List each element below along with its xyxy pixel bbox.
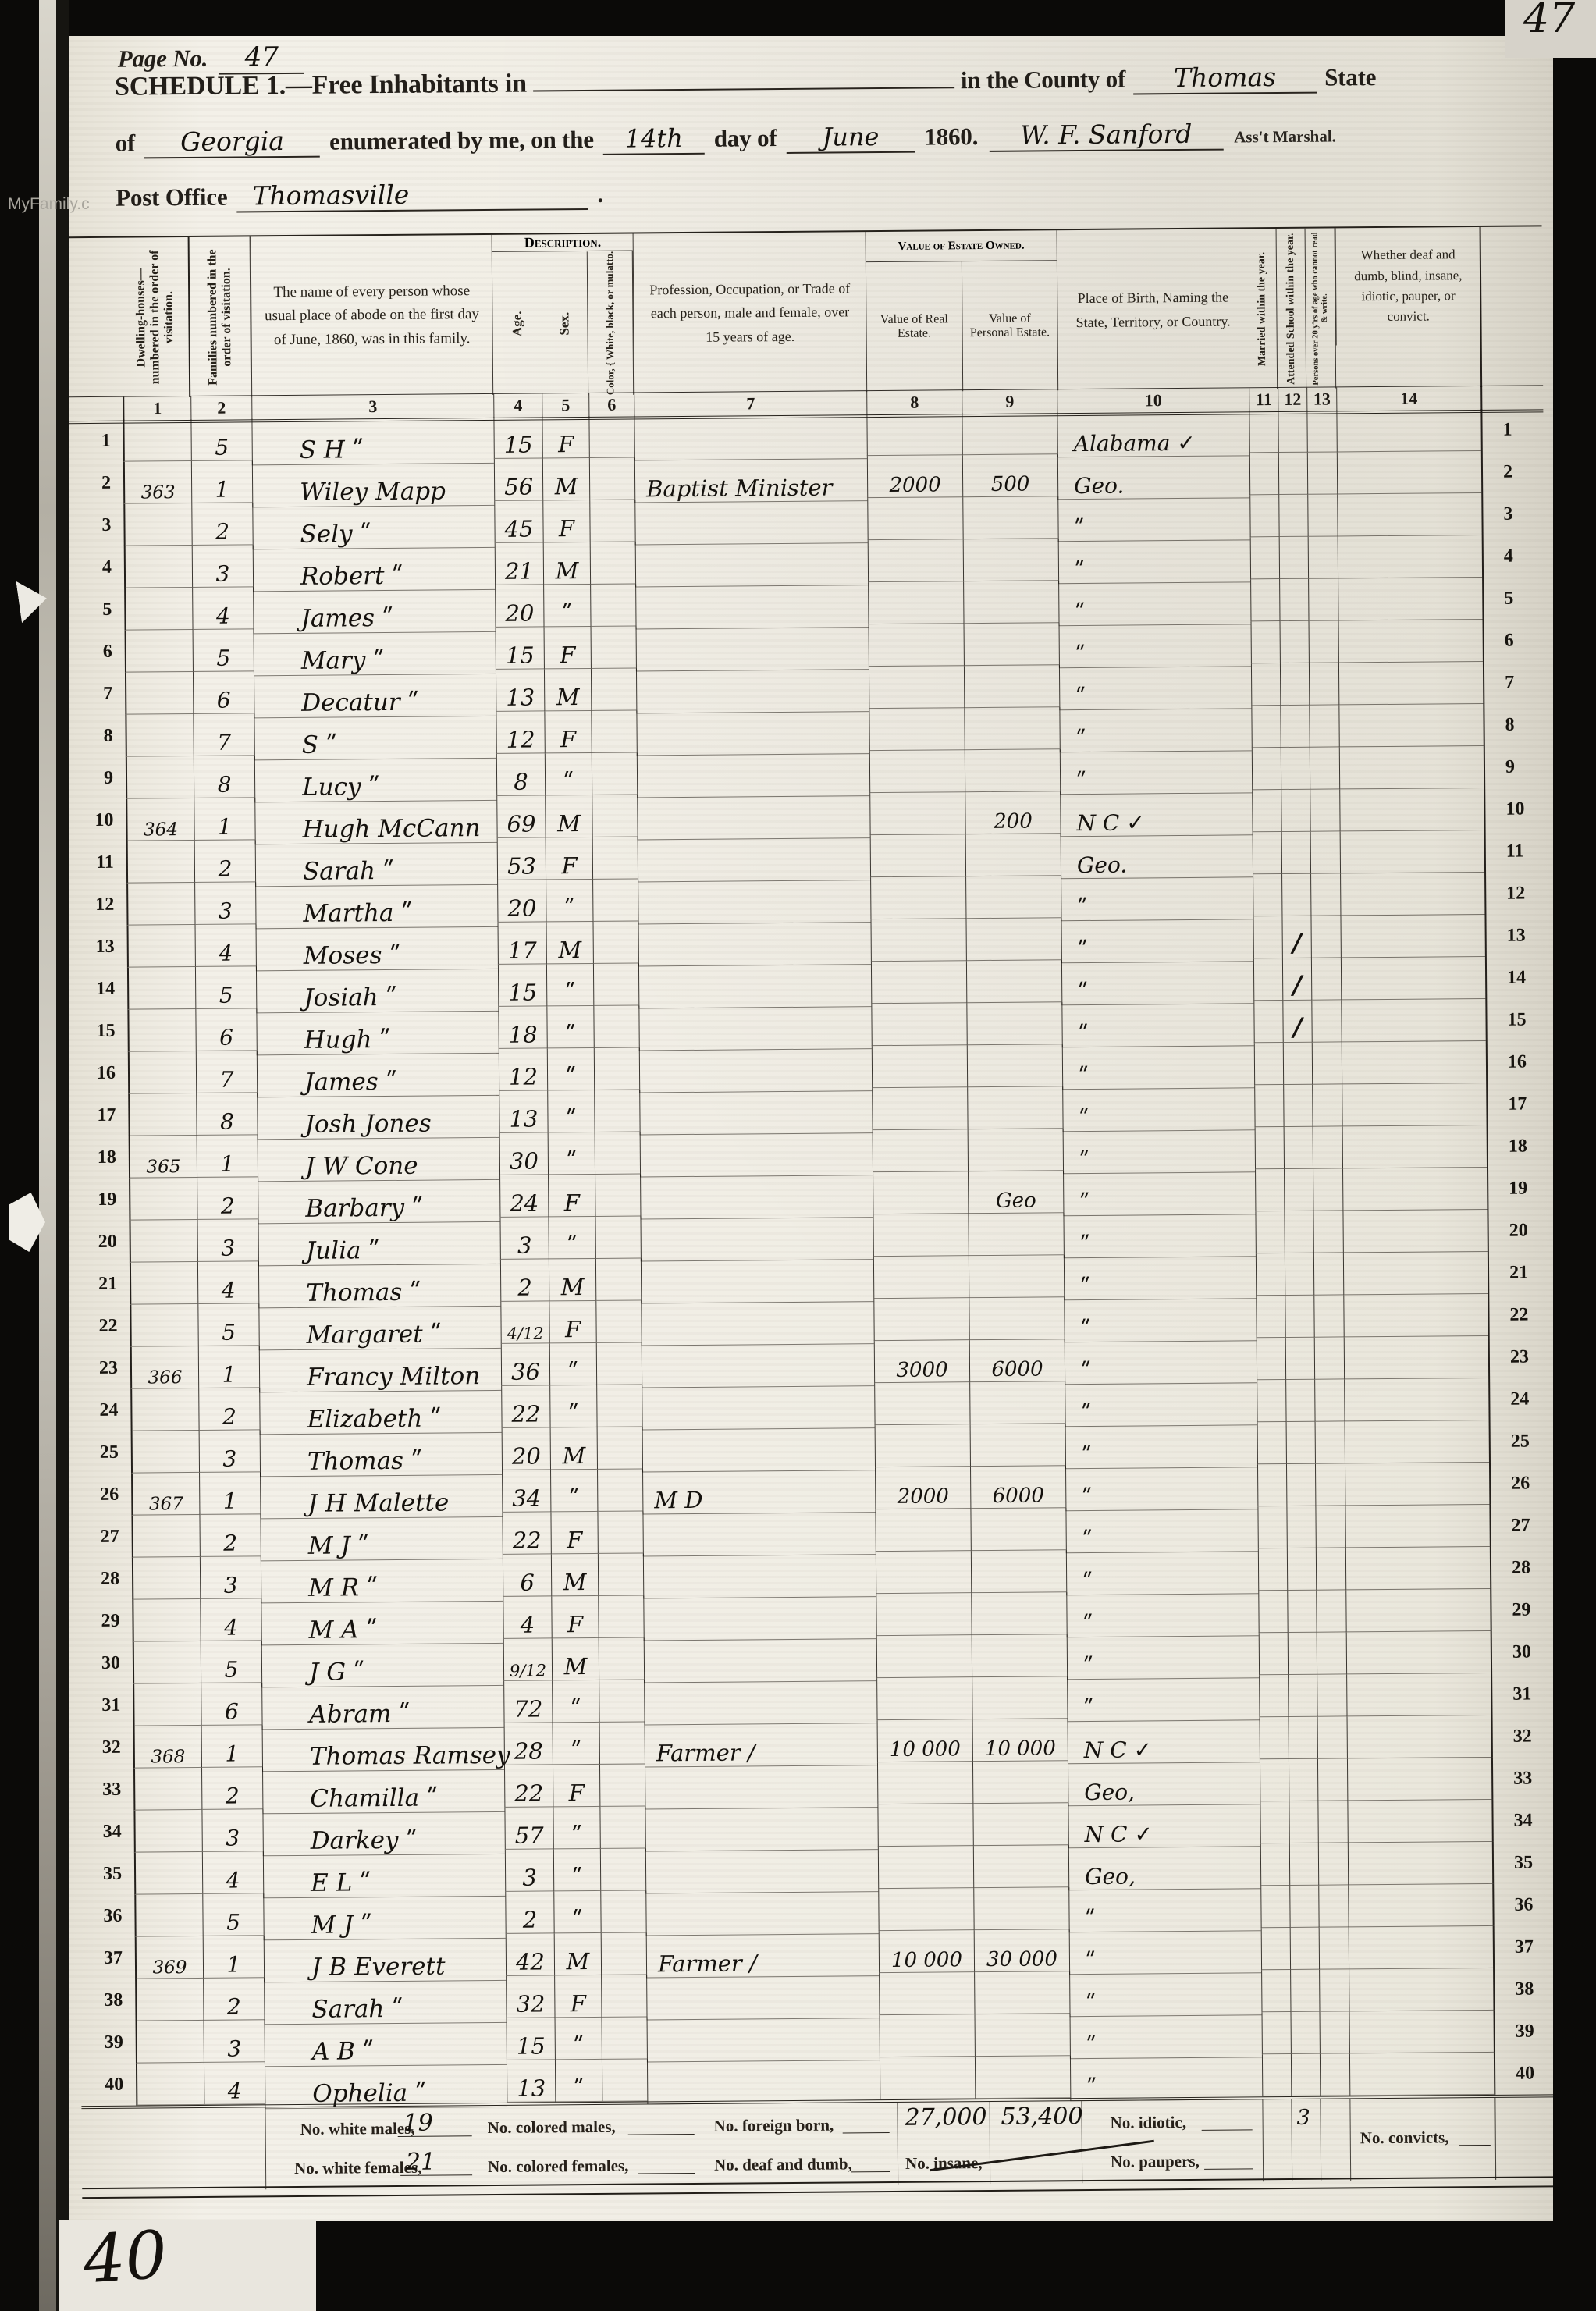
illiterate-mark: [1310, 873, 1340, 916]
illiterate-mark: [1308, 536, 1338, 578]
married-mark: [1251, 706, 1280, 748]
col-header-remarks: Whether deaf and dumb, blind, insane, id…: [1335, 227, 1480, 345]
line-number-right: 31: [1491, 1673, 1553, 1715]
line-number-right: 9: [1484, 745, 1546, 788]
age: 18: [498, 1006, 546, 1048]
age: 20: [502, 1427, 550, 1470]
remarks: [1345, 1420, 1489, 1463]
remarks: [1343, 1252, 1488, 1295]
occupation: [645, 1804, 877, 1851]
real-estate-value: [873, 1171, 968, 1214]
illiterate-mark: [1309, 620, 1338, 663]
age: 72: [503, 1680, 552, 1723]
illiterate-mark: [1318, 1885, 1348, 1927]
sex: M: [552, 1638, 599, 1680]
person-name: James ʺ: [253, 585, 495, 634]
birthplace: ʺ: [1059, 663, 1251, 710]
line-number: 29: [77, 1600, 132, 1643]
illiterate-mark: [1314, 1379, 1344, 1421]
foreign-born-label: No. foreign born,: [714, 2116, 834, 2136]
illiterate-mark: [1312, 1084, 1342, 1126]
day-of-label: day of: [714, 124, 777, 153]
dwelling-number: [128, 1093, 196, 1136]
married-mark: [1255, 1169, 1284, 1211]
person-name: Francy Milton: [259, 1344, 501, 1392]
line-number: 35: [80, 1853, 134, 1896]
illiterate-mark: [1317, 1716, 1347, 1758]
school-mark: [1287, 1591, 1316, 1633]
married-mark: [1250, 579, 1279, 621]
birthplace: ʺ: [1064, 1296, 1256, 1342]
margin-spacer: [69, 238, 123, 399]
age: 12: [499, 1048, 547, 1090]
line-number-right: 36: [1492, 1883, 1553, 1926]
birthplace: ʺ: [1059, 621, 1251, 668]
color: [593, 1005, 638, 1047]
birthplace: Geo,: [1068, 1843, 1260, 1890]
real-estate-value: [878, 1846, 973, 1889]
personal-estate-value: [963, 581, 1058, 624]
married-mark: [1253, 832, 1281, 874]
personal-estate-value: [969, 1297, 1064, 1340]
state-value: Georgia: [144, 126, 320, 159]
family-number: 1: [203, 1936, 264, 1979]
married-mark: [1256, 1253, 1285, 1296]
line-number-right: 37: [1493, 1925, 1553, 1968]
occupation: [639, 1088, 872, 1135]
illiterate-mark: [1310, 916, 1340, 958]
person-name: Lucy ʺ: [254, 754, 496, 802]
line-number: 5: [69, 588, 124, 631]
married-mark: [1249, 453, 1278, 495]
real-estate-value: 10 000: [877, 1719, 972, 1762]
family-number: 4: [195, 924, 256, 967]
sex: M: [544, 669, 591, 711]
personal-estate-value: [972, 1676, 1067, 1719]
birthplace: ʺ: [1061, 916, 1253, 963]
birthplace: ʺ: [1070, 2012, 1262, 2059]
real-estate-value: [880, 2014, 975, 2057]
line-number: 27: [76, 1516, 131, 1559]
color: [599, 1680, 644, 1722]
school-mark: [1289, 1759, 1317, 1801]
person-name: M A ʺ: [261, 1597, 503, 1645]
age: 20: [495, 585, 543, 627]
table-header: Dwelling-houses— numbered in the order o…: [69, 225, 1543, 398]
personal-estate-total: 53,400: [1001, 2103, 1082, 2131]
line-number: 21: [75, 1263, 130, 1306]
age: 57: [504, 1807, 553, 1849]
corner-page-number: 47: [1523, 0, 1575, 42]
col-header-sex: Sex.: [541, 251, 588, 396]
dwelling-number: [127, 1009, 195, 1052]
family-number: 2: [199, 1514, 260, 1557]
line-number-right: 2: [1481, 450, 1544, 493]
occupation: [643, 1552, 876, 1598]
color: [595, 1216, 640, 1258]
rows: 15S H ʺ15FAlabama ✓123631Wiley Mapp56MBa…: [69, 408, 1553, 2106]
person-name: Thomas ʺ: [258, 1260, 500, 1308]
line-number: 11: [72, 841, 126, 884]
married-mark: [1260, 1886, 1289, 1928]
color: [599, 1806, 645, 1848]
person-name: M J ʺ: [260, 1513, 502, 1561]
remarks: [1337, 451, 1481, 494]
married-mark: [1252, 790, 1281, 832]
sex: M: [554, 1933, 601, 1975]
sex: ʺ: [553, 1891, 600, 1933]
color: [596, 1342, 642, 1385]
married-mark: [1254, 1085, 1283, 1127]
illiterate-mark: [1310, 789, 1339, 831]
occupation: [638, 919, 871, 966]
married-mark: [1260, 1843, 1289, 1886]
person-name: Robert ʺ: [253, 543, 495, 592]
school-mark: [1279, 579, 1308, 621]
line-number-right: 25: [1489, 1420, 1552, 1463]
description-group-label: Description.: [492, 234, 633, 252]
real-estate-value: [873, 1129, 968, 1172]
column-number: 10: [1057, 388, 1249, 413]
school-mark: [1286, 1464, 1315, 1506]
color: [595, 1300, 641, 1342]
occupation: M D: [642, 1467, 875, 1514]
estate-group-label: Value of Estate Owned.: [866, 230, 1056, 262]
family-number: 3: [192, 545, 253, 588]
age: 15: [496, 627, 544, 669]
family-number: 5: [202, 1893, 263, 1936]
person-name: Sarah ʺ: [255, 838, 497, 887]
family-number: 7: [193, 713, 254, 756]
month-value: June: [786, 122, 915, 154]
family-number: 6: [193, 671, 254, 714]
color: [588, 416, 634, 458]
personal-estate-value: [962, 496, 1057, 539]
occupation: [645, 1889, 878, 1936]
sex: F: [551, 1596, 598, 1638]
dwelling-number: [129, 1220, 197, 1263]
schedule-title: SCHEDULE 1.—Free Inhabitants in: [115, 69, 527, 102]
age: 4: [503, 1596, 551, 1638]
birthplace: N C ✓: [1060, 790, 1252, 837]
dwelling-number: [125, 672, 193, 715]
age: 34: [502, 1470, 550, 1512]
personal-estate-value: [963, 539, 1058, 581]
age: 3: [505, 1849, 553, 1891]
birthplace: ʺ: [1063, 1211, 1255, 1258]
birthplace: ʺ: [1061, 958, 1253, 1005]
dwelling-number: 364: [126, 798, 194, 841]
line-number-right: 15: [1485, 998, 1548, 1041]
sex: ʺ: [555, 2018, 602, 2060]
line-number-right: 35: [1492, 1841, 1553, 1884]
column-number: 8: [866, 390, 962, 414]
occupation: [638, 877, 870, 924]
person-name: A B ʺ: [265, 2018, 507, 2067]
line-number-right: 24: [1488, 1378, 1551, 1420]
married-mark: [1259, 1675, 1288, 1717]
personal-estate-value: 30 000: [974, 1929, 1069, 1972]
personal-estate-value: [962, 412, 1057, 455]
line-number: 37: [80, 1937, 135, 1980]
real-estate-value: [874, 1382, 969, 1425]
family-number: 4: [200, 1598, 261, 1641]
line-number-right: 6: [1482, 619, 1544, 662]
family-number: 3: [199, 1430, 260, 1473]
remarks: [1342, 1168, 1487, 1211]
line-number: 39: [81, 2021, 136, 2064]
col-header-school: Attended School within the year.: [1277, 229, 1307, 389]
age: 22: [502, 1512, 550, 1554]
sex: M: [545, 795, 592, 837]
dwelling-number: [125, 630, 193, 673]
person-name: Moses ʺ: [256, 923, 498, 971]
line-number-right: 19: [1487, 1167, 1549, 1210]
school-mark: [1280, 621, 1309, 663]
col-header-married: Married within the year.: [1248, 229, 1278, 389]
family-number: 1: [199, 1472, 260, 1515]
person-name: E L ʺ: [263, 1850, 505, 1898]
age: 21: [495, 542, 543, 585]
dwelling-number: [123, 419, 190, 462]
person-name: Margaret ʺ: [258, 1302, 500, 1350]
remarks: [1341, 957, 1485, 1000]
dwelling-number: 366: [130, 1346, 198, 1389]
color: [599, 1722, 645, 1764]
line-number-right: 8: [1483, 703, 1545, 746]
married-mark: [1257, 1506, 1286, 1548]
school-mark: [1283, 1085, 1312, 1127]
personal-estate-value: [973, 1887, 1068, 1930]
dwelling-number: 368: [133, 1726, 201, 1769]
line-number: 3: [69, 504, 123, 547]
person-name: Mary ʺ: [254, 628, 496, 676]
school-mark: [1285, 1253, 1313, 1296]
remarks: [1349, 1968, 1493, 2011]
marshal-signature: W. F. Sanford: [989, 119, 1223, 152]
school-mark: [1284, 1127, 1313, 1169]
age: 13: [507, 2060, 555, 2102]
color: [602, 2017, 647, 2059]
sex: ʺ: [546, 1006, 593, 1048]
school-mark: [1281, 832, 1310, 874]
period-mark: .: [597, 180, 603, 208]
married-mark: [1253, 916, 1281, 958]
age: 15: [493, 416, 542, 458]
occupation: [640, 1130, 873, 1177]
birthplace: N C ✓: [1068, 1717, 1260, 1764]
sex: ʺ: [553, 1807, 599, 1849]
dwelling-number: [133, 1768, 201, 1811]
dwelling-number: [124, 588, 192, 631]
color: [591, 711, 636, 753]
age: 32: [506, 1975, 554, 2018]
line-number-right: 3: [1481, 492, 1544, 535]
dwelling-number: [135, 1979, 203, 2021]
person-name: Sely ʺ: [252, 501, 494, 549]
line-number-right: 26: [1489, 1462, 1552, 1505]
birthplace: ʺ: [1060, 748, 1252, 795]
line-number: 8: [70, 715, 125, 758]
color: [590, 585, 635, 627]
occupation: [642, 1509, 875, 1556]
sex: ʺ: [555, 2060, 602, 2102]
personal-estate-value: [966, 960, 1061, 1003]
school-total: 3: [1296, 2106, 1310, 2130]
family-number: 1: [191, 460, 252, 503]
illiterate-mark: [1311, 1000, 1341, 1042]
remarks: [1345, 1547, 1490, 1590]
dwelling-number: [124, 546, 192, 588]
family-number: 5: [201, 1641, 261, 1683]
remarks: [1344, 1378, 1488, 1421]
age: 3: [499, 1217, 548, 1259]
school-mark: [1284, 1211, 1313, 1253]
real-estate-value: [871, 961, 966, 1004]
birthplace: ʺ: [1065, 1338, 1257, 1385]
illiterate-mark: [1306, 410, 1336, 452]
dwelling-number: [133, 1683, 201, 1726]
dwelling-number: [131, 1515, 199, 1558]
remarks: [1341, 999, 1485, 1042]
school-mark: [1287, 1548, 1316, 1591]
age: 9/12: [503, 1638, 552, 1680]
birthplace: ʺ: [1066, 1548, 1258, 1595]
married-mark: [1261, 1928, 1290, 1970]
birthplace: ʺ: [1067, 1633, 1259, 1680]
real-estate-value: [876, 1551, 971, 1594]
family-number: 8: [196, 1093, 257, 1136]
colored-females-label: No. colored females,: [488, 2156, 629, 2177]
real-estate-value: [868, 581, 963, 624]
line-number: 34: [79, 1811, 133, 1854]
birthplace: ʺ: [1065, 1380, 1257, 1427]
dwelling-number: [126, 841, 194, 884]
age: 30: [499, 1132, 548, 1175]
person-name: Chamilla ʺ: [262, 1765, 504, 1814]
married-mark: [1258, 1548, 1287, 1591]
corner-page-number-patch: 47: [1505, 0, 1596, 58]
personal-estate-value: Geo: [968, 1171, 1063, 1214]
illiterate-mark: [1315, 1463, 1345, 1506]
age: 15: [507, 2018, 555, 2060]
real-estate-value: [876, 1677, 972, 1720]
age: 2: [505, 1891, 553, 1933]
school-mark: /: [1282, 1001, 1311, 1043]
school-mark: [1289, 1717, 1317, 1759]
sex: ʺ: [547, 1048, 594, 1090]
person-name: J B Everett: [264, 1934, 506, 1982]
line-number-right: 22: [1488, 1293, 1550, 1336]
line-number: 26: [76, 1474, 131, 1516]
col-header-age: Age.: [492, 251, 542, 396]
illiterate-mark: [1313, 1211, 1342, 1253]
family-number: 1: [201, 1725, 262, 1768]
dwelling-number: [130, 1304, 197, 1347]
illiterate-mark: [1315, 1421, 1345, 1463]
birthplace: ʺ: [1064, 1253, 1256, 1300]
school-mark: [1284, 1169, 1313, 1211]
line-number: 15: [73, 1010, 127, 1053]
age: 45: [494, 500, 542, 542]
county-value: Thomas: [1133, 62, 1317, 95]
sex: M: [542, 458, 589, 500]
remarks: [1349, 1926, 1493, 1969]
dwelling-number: [133, 1641, 201, 1684]
occupation: [637, 751, 869, 798]
person-name: Martha ʺ: [255, 880, 497, 929]
birthplace: ʺ: [1065, 1464, 1257, 1511]
line-number: 22: [75, 1305, 130, 1348]
line-number: 7: [70, 673, 125, 716]
age: 13: [496, 669, 544, 711]
sex: M: [551, 1554, 598, 1596]
color: [594, 1090, 639, 1132]
dwelling-number: [132, 1557, 200, 1600]
column-number: 11: [1249, 388, 1278, 411]
line-number-right: 4: [1482, 535, 1544, 578]
age: 15: [498, 964, 546, 1006]
line-number: 10: [71, 799, 126, 842]
remarks: [1338, 704, 1483, 747]
remarks: [1343, 1294, 1488, 1337]
personal-estate-value: [971, 1592, 1066, 1635]
remarks: [1346, 1631, 1491, 1674]
birthplace: ʺ: [1067, 1675, 1259, 1722]
family-number: 3: [201, 1809, 262, 1852]
color: [598, 1553, 643, 1595]
person-name: J G ʺ: [261, 1639, 503, 1687]
color: [602, 2059, 647, 2101]
line-number: 9: [71, 757, 126, 800]
color: [591, 669, 636, 711]
line-number: 25: [76, 1431, 131, 1474]
line-number: 32: [79, 1726, 133, 1769]
dwelling-number: [136, 2063, 204, 2106]
occupation: [642, 1425, 875, 1472]
family-number: 4: [192, 587, 253, 630]
remarks: [1345, 1505, 1489, 1548]
sex: F: [548, 1175, 595, 1217]
book-spine-edge: [39, 0, 56, 2311]
color: [593, 963, 638, 1005]
real-estate-value: [873, 1298, 969, 1341]
married-mark: [1257, 1422, 1286, 1464]
real-estate-value: [869, 666, 964, 709]
color: [589, 458, 634, 500]
dwelling-number: [134, 1852, 202, 1895]
sex: F: [554, 1975, 601, 2018]
person-name: Josh Jones: [257, 1091, 499, 1140]
colored-males-label: No. colored males,: [488, 2117, 616, 2138]
family-number: 5: [193, 629, 254, 672]
school-mark: [1278, 453, 1307, 495]
page-tally: 40: [81, 2216, 169, 2298]
family-number: 8: [194, 756, 254, 798]
family-number: 3: [204, 2020, 265, 2063]
district-blank: [533, 87, 954, 91]
illiterate-mark: [1313, 1168, 1342, 1211]
family-number: 3: [197, 1219, 258, 1262]
line-number: 1: [69, 420, 123, 463]
family-number: 5: [197, 1303, 258, 1346]
married-mark: [1249, 495, 1278, 537]
occupation: [642, 1341, 874, 1388]
column-number: 5: [542, 393, 588, 417]
line-number-right: 21: [1488, 1251, 1550, 1294]
line-number: 28: [77, 1558, 132, 1601]
married-mark: [1253, 1001, 1282, 1043]
